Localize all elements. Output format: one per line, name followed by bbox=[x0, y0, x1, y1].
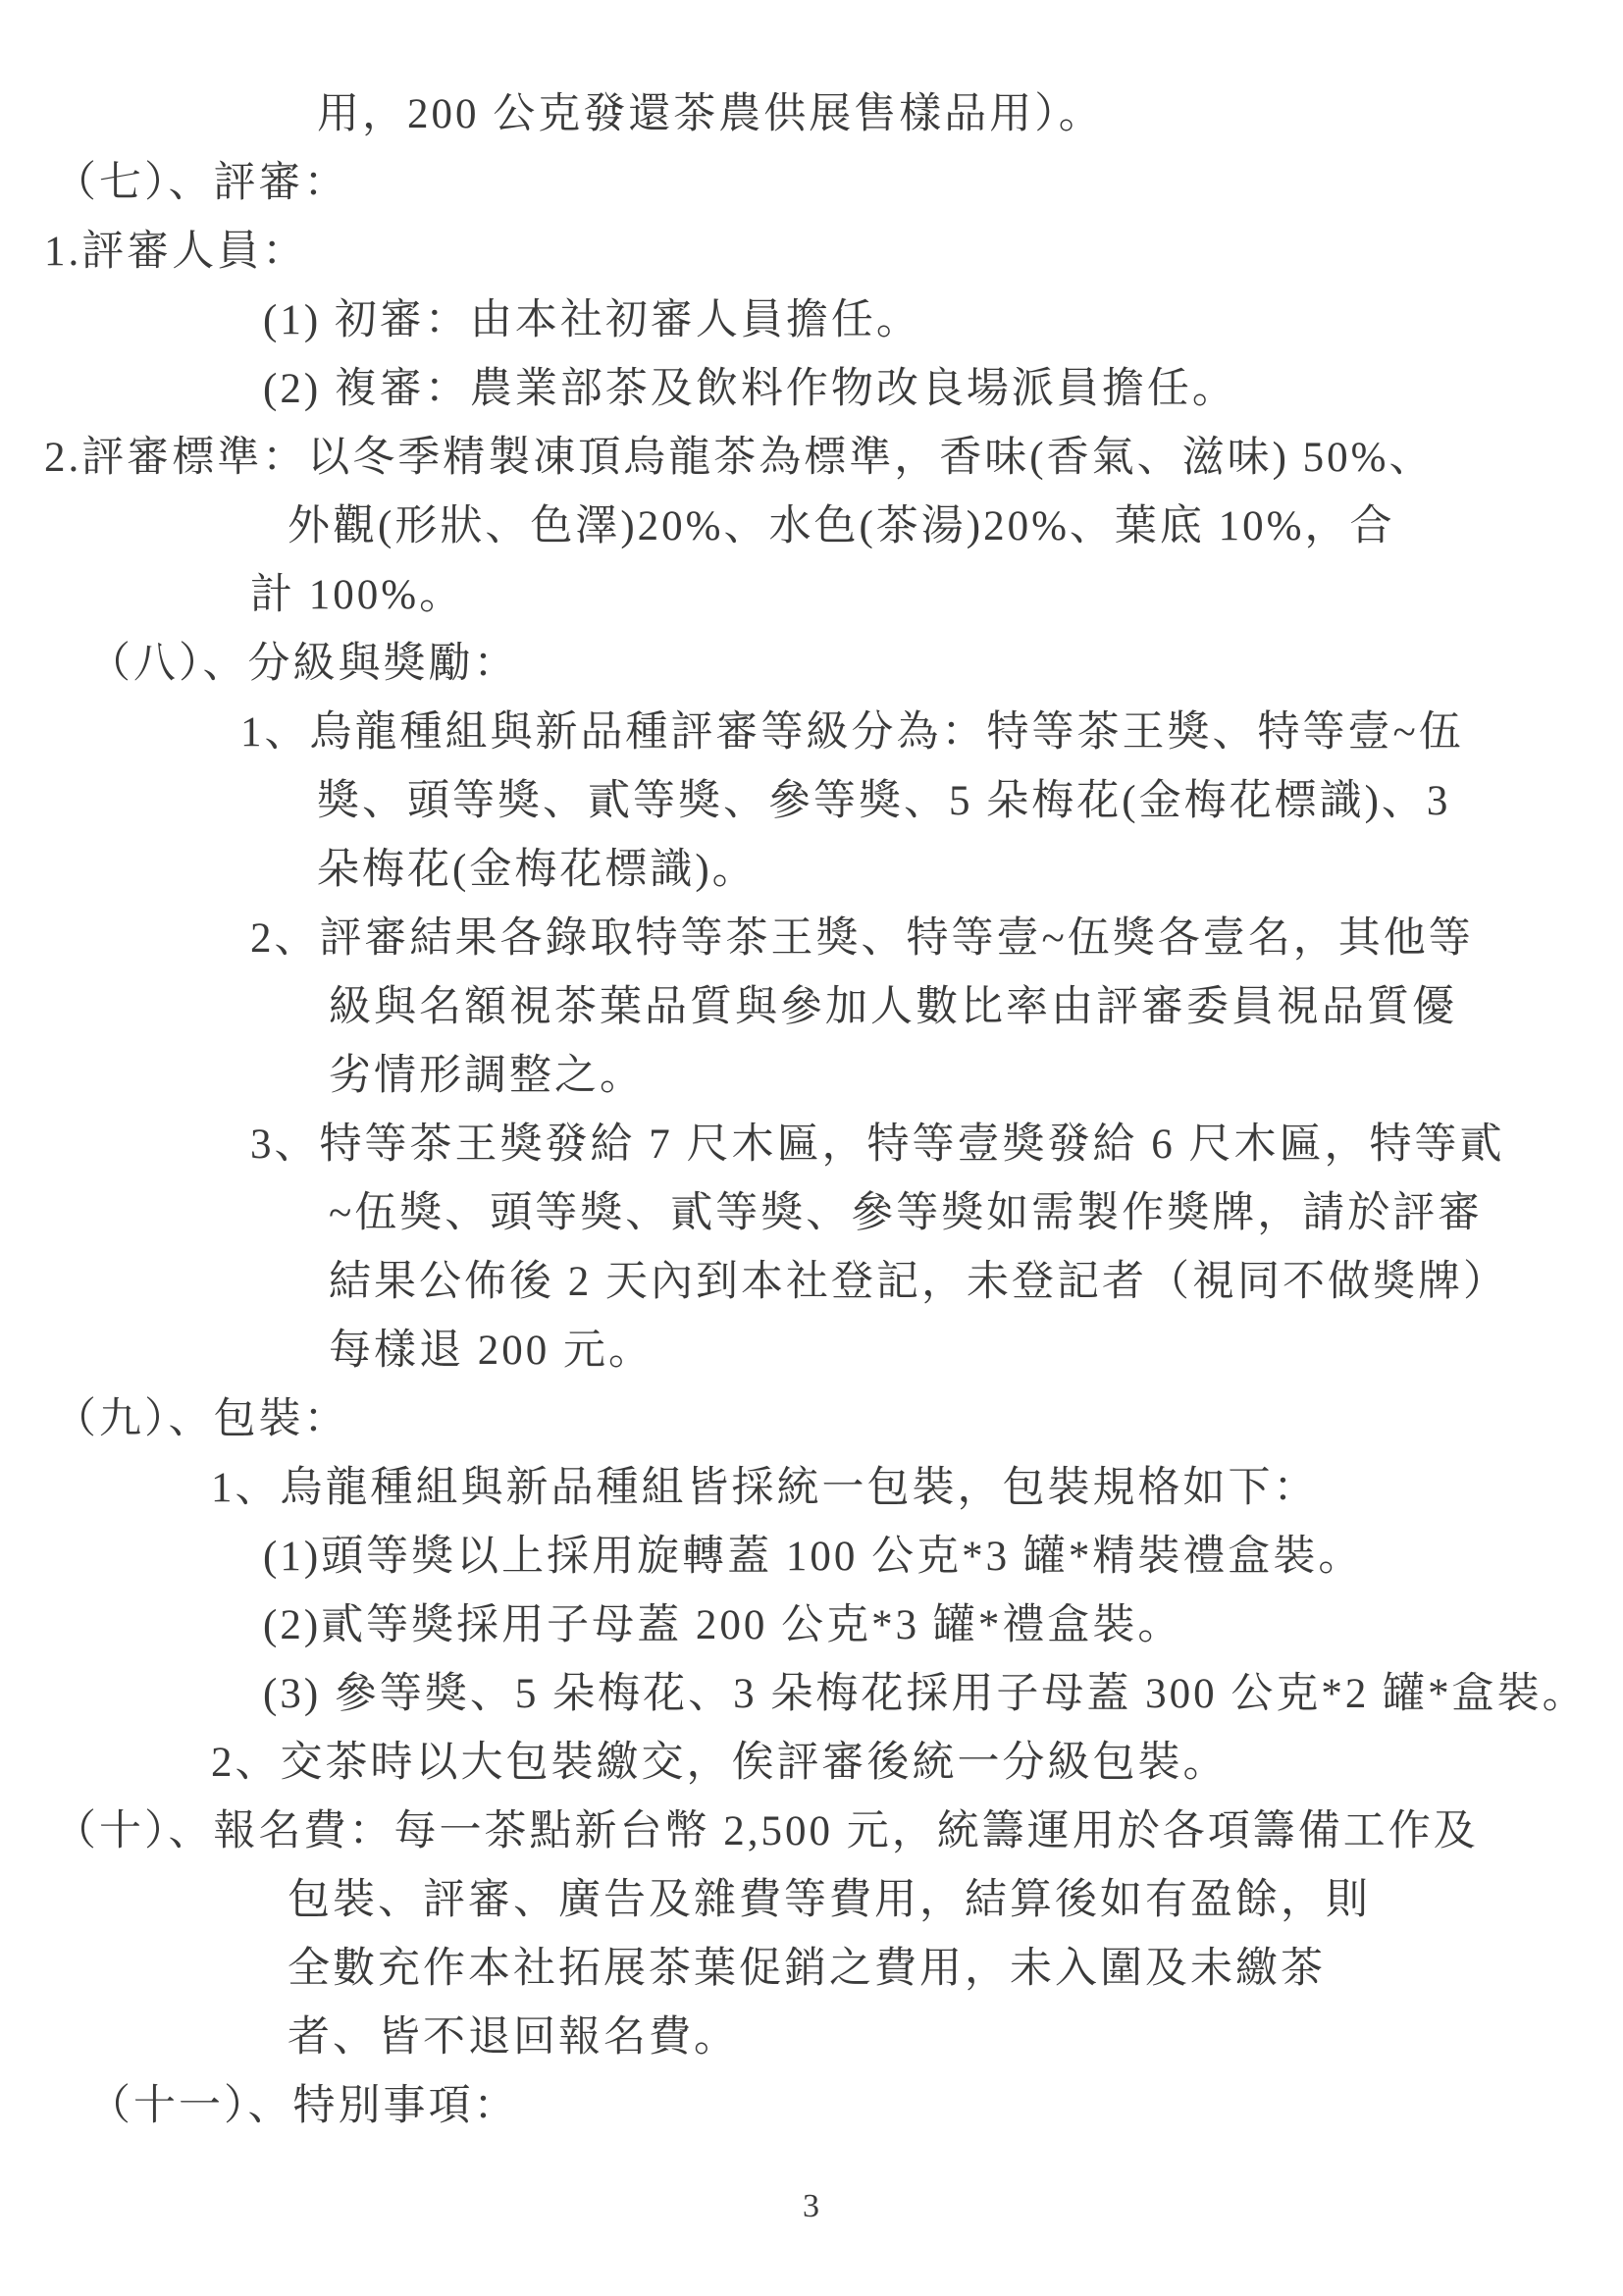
text-line: 者、皆不退回報名費。 bbox=[0, 2004, 1623, 2072]
text-line: 用，200 公克發還茶農供展售樣品用）。 bbox=[0, 80, 1623, 149]
text-line: 計 100%。 bbox=[0, 561, 1623, 630]
document-body: 用，200 公克發還茶農供展售樣品用）。（七）、評審：1.評審人員：(1) 初審… bbox=[0, 80, 1623, 2141]
text-line: 2.評審標準：以冬季精製凍頂烏龍茶為標準，香味(香氣、滋味) 50%、 bbox=[0, 424, 1623, 493]
text-line: 全數充作本社拓展茶葉促銷之費用，未入圍及未繳茶 bbox=[0, 1935, 1623, 2004]
text-line: （八）、分級與獎勵： bbox=[0, 630, 1623, 699]
text-line: 朵梅花(金梅花標識)。 bbox=[0, 836, 1623, 905]
text-line: 每樣退 200 元。 bbox=[0, 1317, 1623, 1385]
text-line: 外觀(形狀、色澤)20%、水色(茶湯)20%、葉底 10%，合 bbox=[0, 493, 1623, 561]
text-line: (2) 複審：農業部茶及飲料作物改良場派員擔任。 bbox=[0, 355, 1623, 424]
text-line: ~伍獎、頭等獎、貳等獎、參等獎如需製作獎牌，請於評審 bbox=[0, 1179, 1623, 1248]
text-line: 1、烏龍種組與新品種評審等級分為：特等茶王獎、特等壹~伍 bbox=[0, 699, 1623, 767]
text-line: (1) 初審：由本社初審人員擔任。 bbox=[0, 287, 1623, 355]
text-line: (1)頭等獎以上採用旋轉蓋 100 公克*3 罐*精裝禮盒裝。 bbox=[0, 1523, 1623, 1592]
text-line: 2、評審結果各錄取特等茶王獎、特等壹~伍獎各壹名，其他等 bbox=[0, 905, 1623, 973]
text-line: （十一）、特別事項： bbox=[0, 2072, 1623, 2141]
text-line: 1、烏龍種組與新品種組皆採統一包裝，包裝規格如下： bbox=[0, 1454, 1623, 1523]
text-line: (3) 參等獎、5 朵梅花、3 朵梅花採用子母蓋 300 公克*2 罐*盒裝。 bbox=[0, 1660, 1623, 1729]
text-line: 獎、頭等獎、貳等獎、參等獎、5 朵梅花(金梅花標識)、3 bbox=[0, 767, 1623, 836]
text-line: 1.評審人員： bbox=[0, 218, 1623, 287]
document-page: 用，200 公克發還茶農供展售樣品用）。（七）、評審：1.評審人員：(1) 初審… bbox=[0, 0, 1623, 2296]
text-line: 包裝、評審、廣告及雜費等費用，結算後如有盈餘，則 bbox=[0, 1866, 1623, 1935]
text-line: （九）、包裝： bbox=[0, 1385, 1623, 1454]
page-number: 3 bbox=[0, 2188, 1623, 2225]
text-line: 2、交茶時以大包裝繳交，俟評審後統一分級包裝。 bbox=[0, 1729, 1623, 1798]
text-line: 劣情形調整之。 bbox=[0, 1042, 1623, 1111]
text-line: 結果公佈後 2 天內到本社登記，未登記者（視同不做獎牌） bbox=[0, 1248, 1623, 1317]
text-line: （十）、報名費：每一茶點新台幣 2,500 元，統籌運用於各項籌備工作及 bbox=[0, 1798, 1623, 1866]
text-line: （七）、評審： bbox=[0, 149, 1623, 218]
text-line: 3、特等茶王獎發給 7 尺木匾，特等壹獎發給 6 尺木匾，特等貳 bbox=[0, 1111, 1623, 1179]
text-line: 級與名額視茶葉品質與參加人數比率由評審委員視品質優 bbox=[0, 973, 1623, 1042]
text-line: (2)貳等獎採用子母蓋 200 公克*3 罐*禮盒裝。 bbox=[0, 1592, 1623, 1660]
